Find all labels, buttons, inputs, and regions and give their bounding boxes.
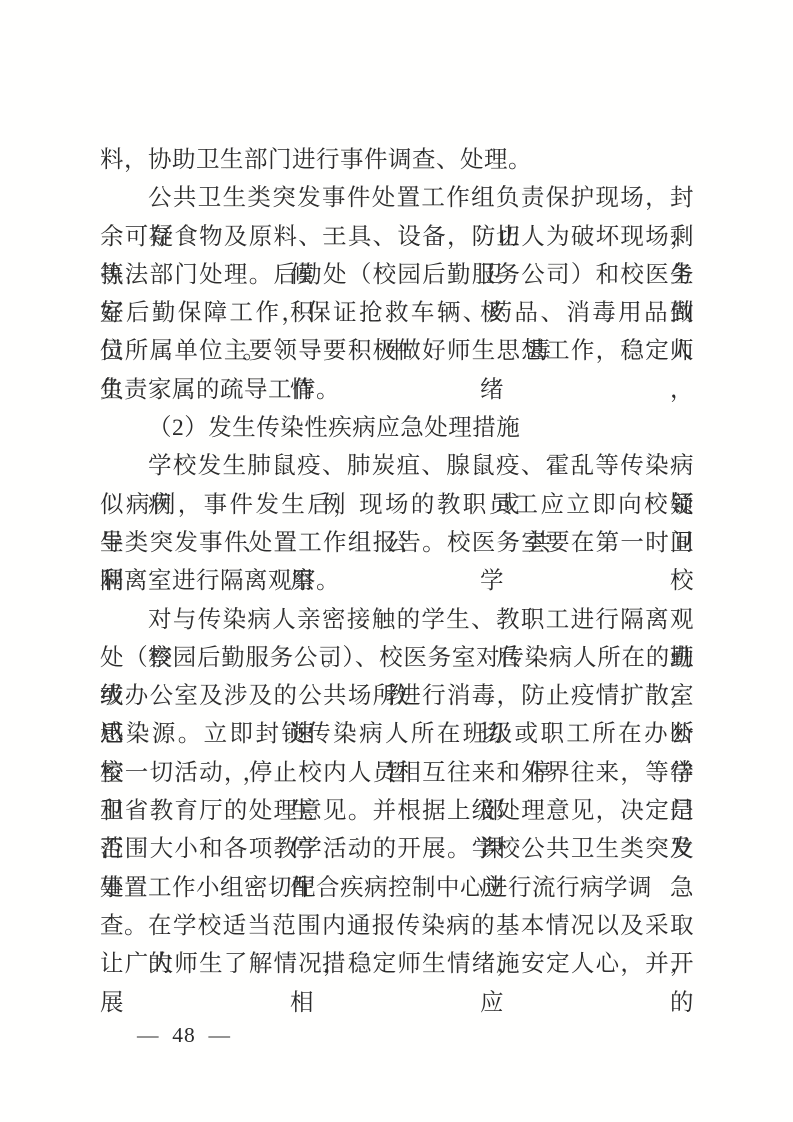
- text-line: 生类突发事件处置工作组报告。校医务室要在第一时间利用学校: [100, 524, 694, 562]
- text-line: 学校发生肺鼠疫、肺炭疽、腺鼠疫、霍乱等传染病病例或疑: [100, 447, 694, 485]
- document-page: 料，协助卫生部门进行事件调查、处理。公共卫生类突发事件处置工作组负责保护现场，封…: [0, 0, 793, 1122]
- text-line: 对与传染病人亲密接触的学生、教职工进行隔离观察。后勤: [100, 601, 694, 639]
- page-number: — 48 —: [137, 1023, 231, 1048]
- text-line: 让广大师生了解情况，稳定师生情绪，安定人心，并开展相应的: [100, 945, 694, 983]
- text-line: 处置工作小组密切配合疾病控制中心进行流行病学调查。: [100, 869, 694, 907]
- text-line: 余可疑食物及原料、工具、设备，防止人为破坏现场，等候卫生: [100, 218, 694, 256]
- text-line: 似病例，事件发生后，现场的教职员工应立即向校领导、公共卫: [100, 486, 694, 524]
- text-line: 员所属单位主要领导要积极做好师生思想工作，稳定师生情绪，: [100, 332, 694, 370]
- text-line: 范围大小和各项教学活动的开展。学校公共卫生类突发事件应急: [100, 830, 694, 868]
- text-line: 或办公室及涉及的公共场所进行消毒，防止疫情扩散，迅速切断: [100, 677, 694, 715]
- text-line: 在学校适当范围内通报传染病的基本情况以及采取的措施，: [100, 907, 694, 945]
- text-line: （2）发生传染性疾病应急处理措施: [100, 409, 694, 447]
- text-line: 料，协助卫生部门进行事件调查、处理。: [100, 141, 694, 179]
- text-line: 和省教育厅的处理意见。并根据上级处理意见，决定是否停课及: [100, 792, 694, 830]
- text-line: 执法部门处理。后勤处（校园后勤服务公司）和校医务室积极做: [100, 256, 694, 294]
- text-line: 好后勤保障工作，保证抢救车辆、药品、消毒用品到位。中毒人: [100, 294, 694, 332]
- text-line: 公共卫生类突发事件处置工作组负责保护现场，封存一切剩: [100, 179, 694, 217]
- text-line: 处（校园后勤服务公司）、校医务室对传染病人所在的班级教室: [100, 639, 694, 677]
- text-line: 感染源。立即封锁传染病人所在班级或职工所在办公室，暂停学: [100, 715, 694, 753]
- text-line: 校一切活动，停止校内人员相互往来和外界往来，等待卫生部门: [100, 754, 694, 792]
- text-block: 料，协助卫生部门进行事件调查、处理。公共卫生类突发事件处置工作组负责保护现场，封…: [100, 141, 694, 984]
